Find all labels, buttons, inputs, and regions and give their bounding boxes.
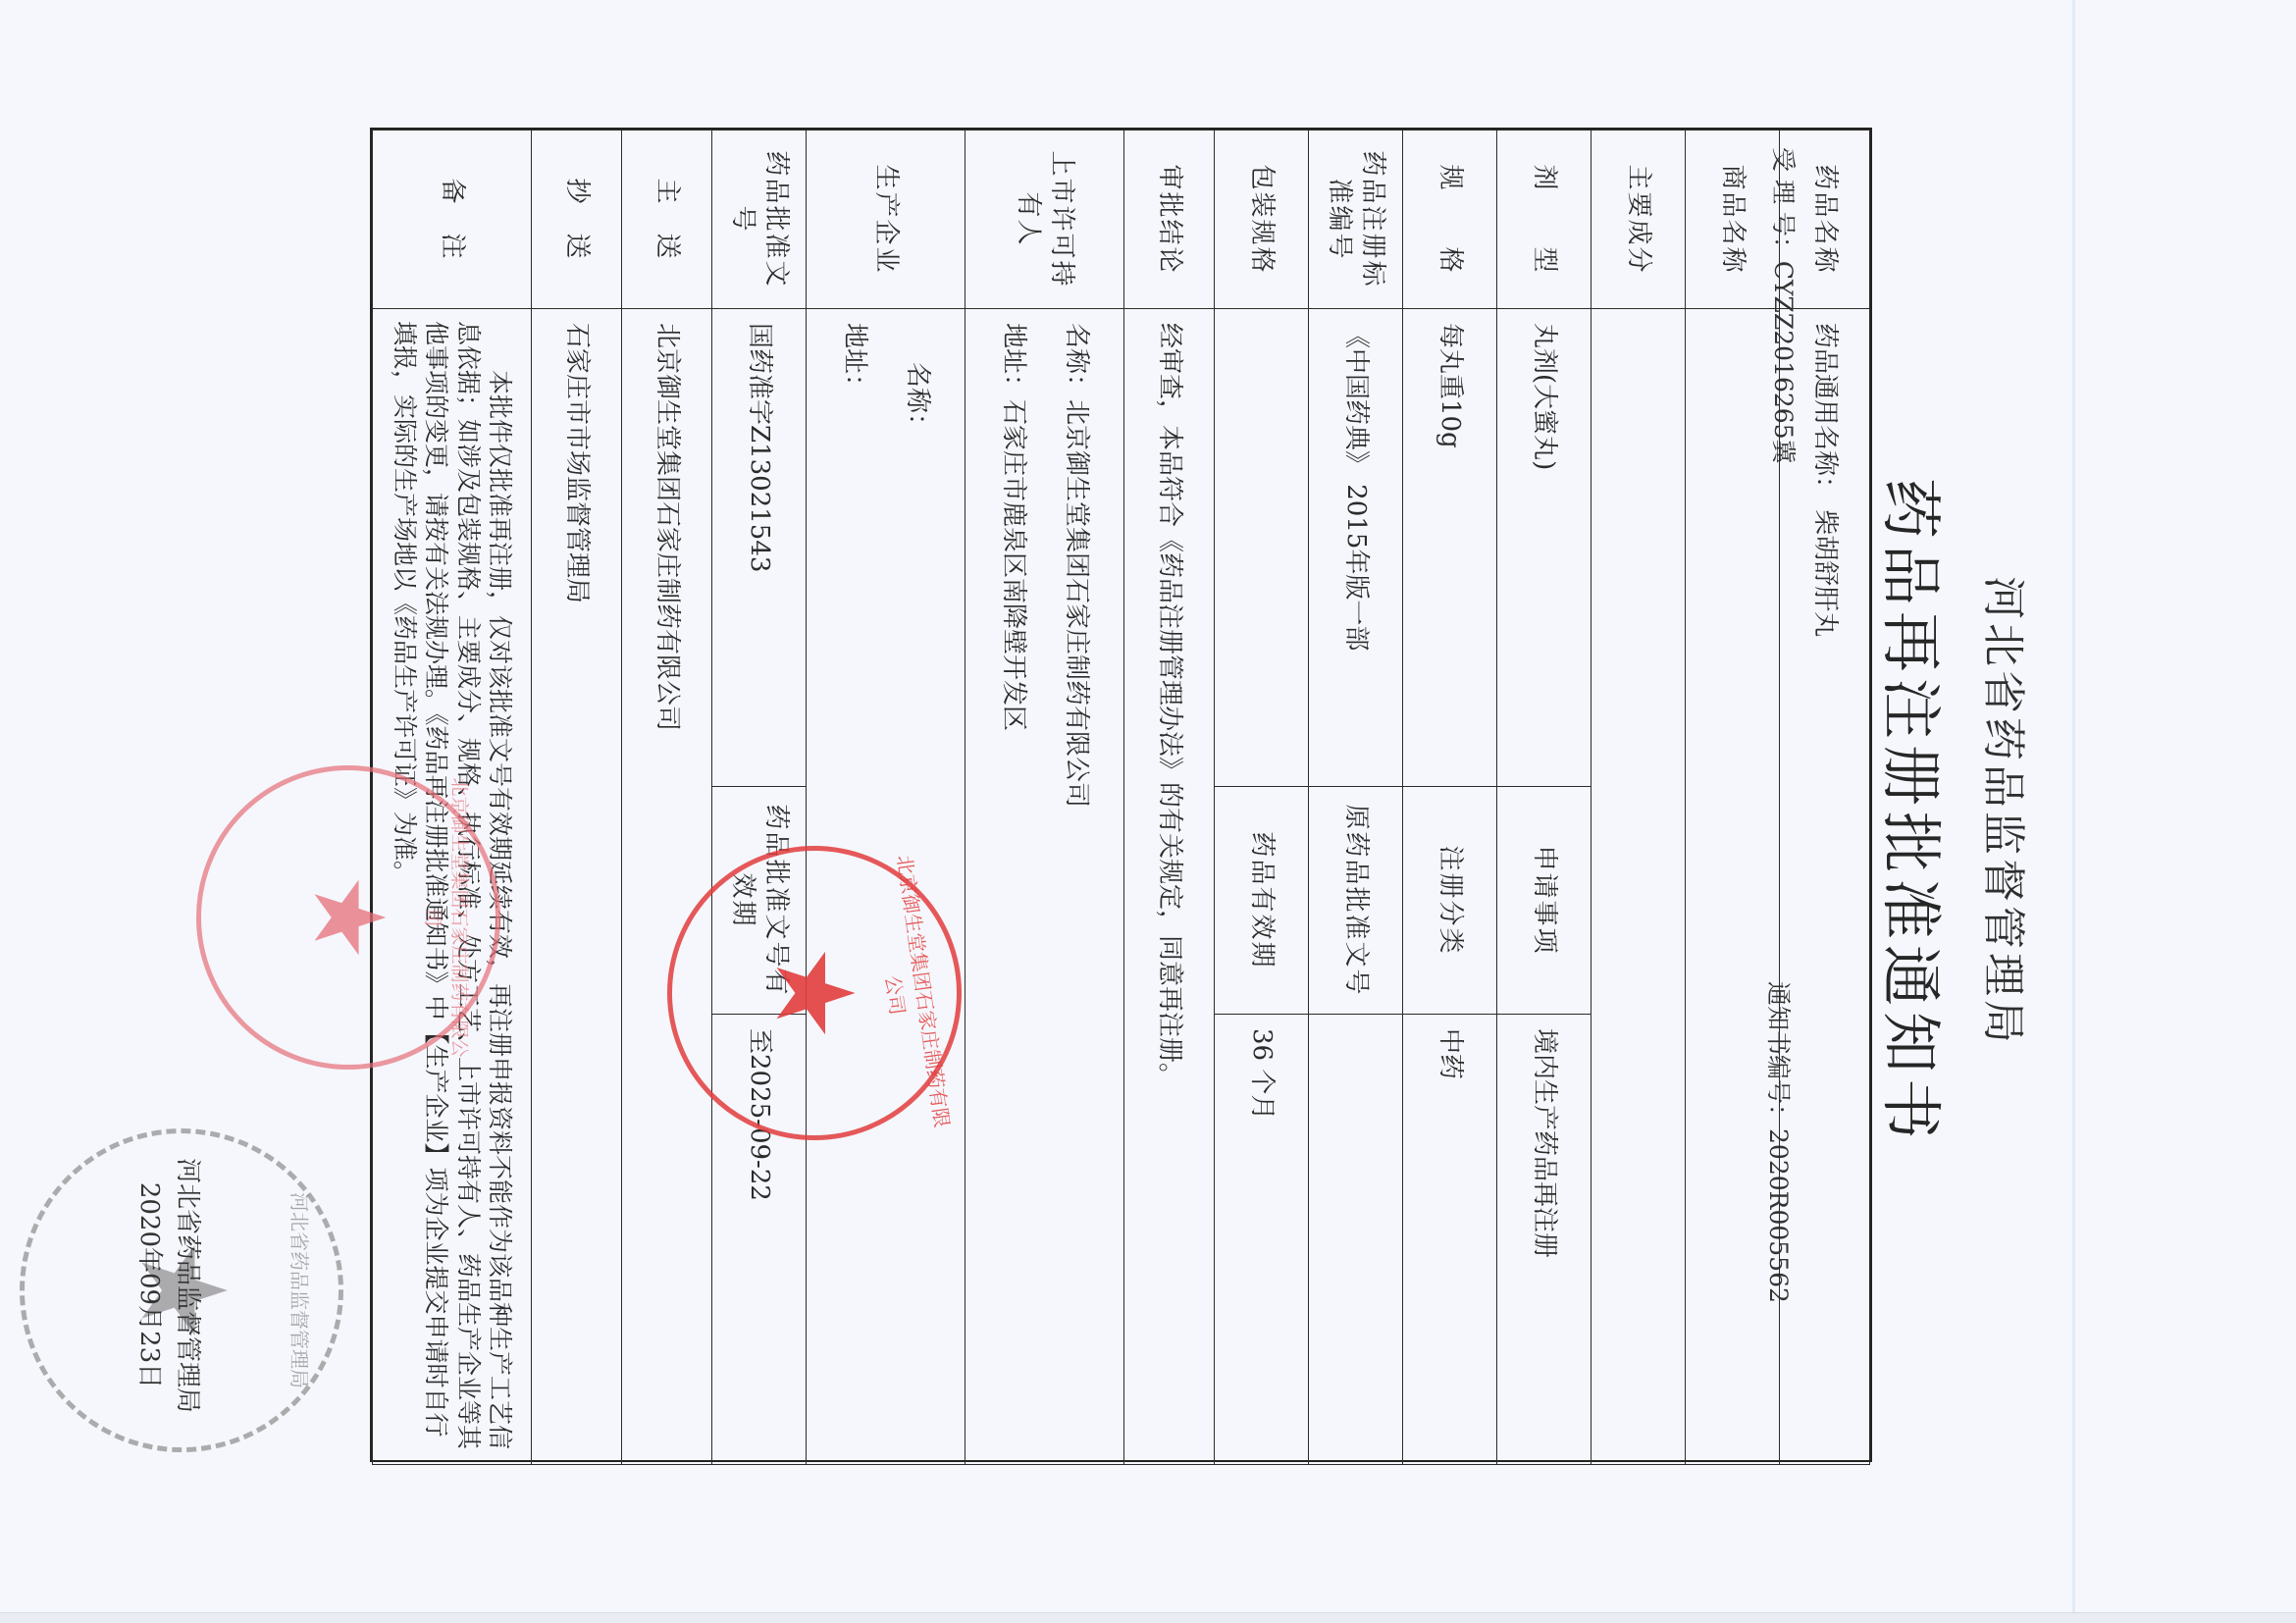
document-title: 药品再注册批准通知书 xyxy=(1872,0,1959,1623)
company-seal: ★ 北京御生堂集团石家庄制药有限公司 xyxy=(667,846,962,1140)
seal-star-icon: ★ xyxy=(760,945,868,1042)
label-specification: 规 格 xyxy=(1403,131,1497,309)
notice-page: 河北省药品监督管理局 药品再注册批准通知书 受 理 号：CYZZ2016265冀… xyxy=(0,0,2296,1623)
value-cc: 石家庄市市场监督管理局 xyxy=(532,309,622,1465)
value-drug-name: 药品通用名称： 柴胡舒肝丸 xyxy=(1780,309,1870,1465)
label-dosage-form: 剂 型 xyxy=(1497,131,1592,309)
label-drug-name: 药品名称 xyxy=(1780,131,1870,309)
label-main-recipient: 主 送 xyxy=(622,131,712,309)
approval-table: 药品名称 药品通用名称： 柴胡舒肝丸 商品名称 主要成分 剂 型 丸剂(大蜜丸)… xyxy=(370,128,1872,1462)
mah-name-line: 名称：北京御生堂集团石家庄制药有限公司 xyxy=(1060,323,1093,1450)
value-registration-category: 中药 xyxy=(1403,1015,1497,1465)
row-dosage-form: 剂 型 丸剂(大蜜丸) 申请事项 境内生产药品再注册 xyxy=(1497,131,1592,1465)
value-dosage-form: 丸剂(大蜜丸) xyxy=(1497,309,1592,787)
value-validity: 36 个月 xyxy=(1215,1015,1309,1465)
row-standard-number: 药品注册标准编号 《中国药典》 2015年版一部 原药品批准文号 xyxy=(1309,131,1403,1465)
label-mah: 上市许可持有人 xyxy=(965,131,1124,309)
value-trade-name xyxy=(1686,309,1780,1465)
issuing-agency-header: 河北省药品监督管理局 xyxy=(1976,0,2039,1623)
value-original-approval-number xyxy=(1309,1015,1403,1465)
row-cc: 抄 送 石家庄市市场监督管理局 xyxy=(532,131,622,1465)
signature-issuer: 河北省药品监督管理局 xyxy=(168,1079,206,1492)
row-manufacturer: 生产企业 名称： 地址： xyxy=(807,131,965,1465)
label-validity: 药品有效期 xyxy=(1215,787,1309,1015)
value-main-ingredients xyxy=(1592,309,1686,1465)
value-conclusion: 经审查，本品符合《药品注册管理办法》的有关规定，同意再注册。 xyxy=(1124,309,1215,1465)
seal-star-icon: ★ xyxy=(299,873,397,962)
label-conclusion: 审批结论 xyxy=(1124,131,1215,309)
value-mah: 名称：北京御生堂集团石家庄制药有限公司 地址：石家庄市鹿泉区南降壁开发区 xyxy=(965,309,1124,1465)
mah-address-label: 地址： xyxy=(1000,323,1029,399)
value-main-recipient: 北京御生堂集团石家庄制药有限公司 xyxy=(622,309,712,1465)
agency-seal-text: 河北省药品监督管理局 xyxy=(287,1133,315,1447)
value-specification: 每丸重10g xyxy=(1403,309,1497,787)
value-packaging xyxy=(1215,309,1309,787)
row-main-recipient: 主 送 北京御生堂集团石家庄制药有限公司 xyxy=(622,131,712,1465)
signature-block: 河北省药品监督管理局 2020年09月23日 xyxy=(130,1079,206,1492)
label-original-approval-number: 原药品批准文号 xyxy=(1309,787,1403,1015)
mah-name-label: 名称： xyxy=(1062,323,1091,399)
row-drug-name: 药品名称 药品通用名称： 柴胡舒肝丸 xyxy=(1780,131,1870,1465)
mah-address: 石家庄市鹿泉区南降壁开发区 xyxy=(1000,399,1029,731)
value-standard-number: 《中国药典》 2015年版一部 xyxy=(1309,309,1403,787)
scanned-document-background: 河北省药品监督管理局 药品再注册批准通知书 受 理 号：CYZZ2016265冀… xyxy=(0,0,2296,1623)
signature-date: 2020年09月23日 xyxy=(130,1079,168,1492)
manufacturer-address-label: 地址： xyxy=(841,323,870,399)
mah-seal-text: 北京御生堂集团石家庄制药有限公司 xyxy=(421,770,474,1065)
label-application-item: 申请事项 xyxy=(1497,787,1592,1015)
row-specification: 规 格 每丸重10g 注册分类 中药 xyxy=(1403,131,1497,1465)
manufacturer-name-label: 名称： xyxy=(903,362,932,439)
label-main-ingredients: 主要成分 xyxy=(1592,131,1686,309)
label-packaging: 包装规格 xyxy=(1215,131,1309,309)
mah-address-line: 地址：石家庄市鹿泉区南降壁开发区 xyxy=(997,323,1030,1450)
label-remarks: 备 注 xyxy=(373,131,532,309)
row-mah: 上市许可持有人 名称：北京御生堂集团石家庄制药有限公司 地址：石家庄市鹿泉区南降… xyxy=(965,131,1124,1465)
mah-seal: ★ 北京御生堂集团石家庄制药有限公司 xyxy=(196,765,500,1070)
row-trade-name: 商品名称 xyxy=(1686,131,1780,1465)
row-packaging: 包装规格 药品有效期 36 个月 xyxy=(1215,131,1309,1465)
label-trade-name: 商品名称 xyxy=(1686,131,1780,309)
label-registration-category: 注册分类 xyxy=(1403,787,1497,1015)
label-approval-number: 药品批准文号 xyxy=(712,131,807,309)
label-standard-number: 药品注册标准编号 xyxy=(1309,131,1403,309)
label-cc: 抄 送 xyxy=(532,131,622,309)
row-approval-number: 药品批准文号 国药准字Z13021543 药品批准文号有效期 至2025-09-… xyxy=(712,131,807,1465)
mah-name: 北京御生堂集团石家庄制药有限公司 xyxy=(1062,399,1091,808)
value-application-item: 境内生产药品再注册 xyxy=(1497,1015,1592,1465)
row-conclusion: 审批结论 经审查，本品符合《药品注册管理办法》的有关规定，同意再注册。 xyxy=(1124,131,1215,1465)
label-manufacturer: 生产企业 xyxy=(807,131,965,309)
value-approval-number: 国药准字Z13021543 xyxy=(712,309,807,787)
row-main-ingredients: 主要成分 xyxy=(1592,131,1686,1465)
